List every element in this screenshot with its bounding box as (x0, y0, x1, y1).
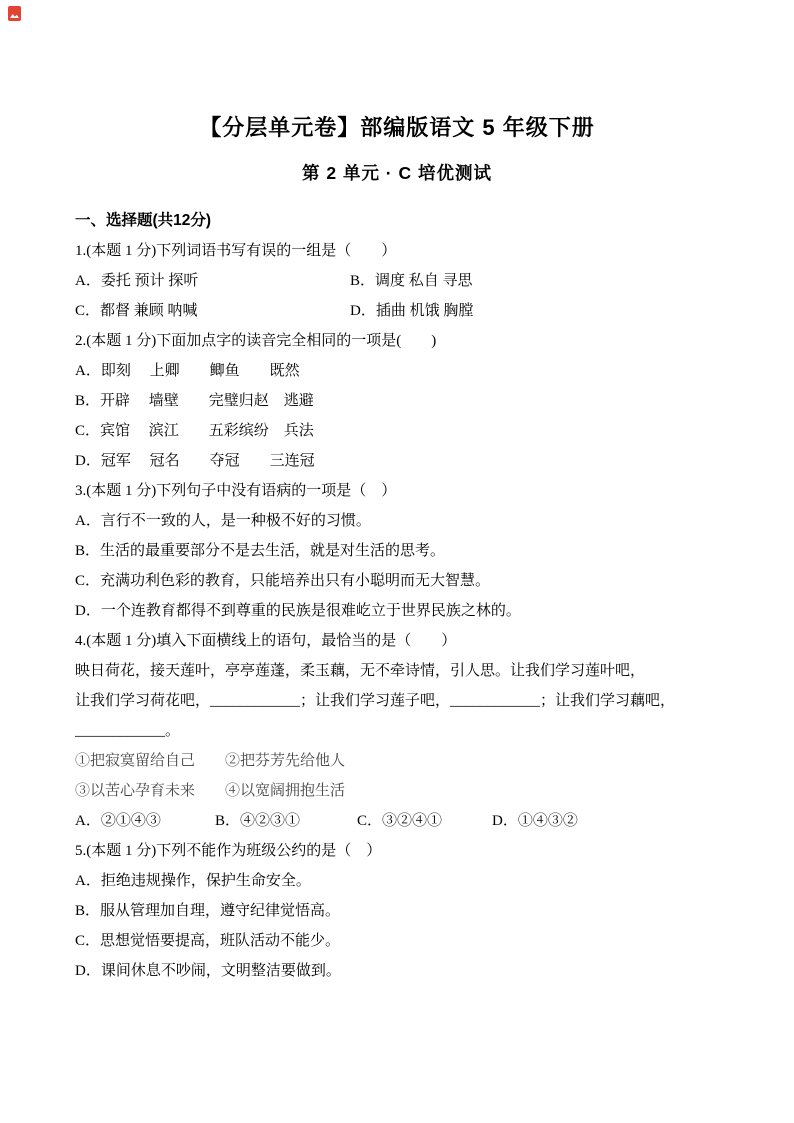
option-c: C．都督 兼顾 呐喊 (75, 296, 350, 326)
numbered-item-line: ①把寂寞留给自己 ②把芬芳先给他人 (75, 746, 724, 776)
exam-body: 一、选择题(共12分) 1.(本题 1 分)下列词语书写有误的一组是（ ） A．… (0, 206, 794, 986)
option-a: A．拒绝违规操作，保护生命安全。 (75, 866, 724, 896)
exam-title: 【分层单元卷】部编版语文 5 年级下册 (0, 112, 794, 144)
option-a: A．即刻 上卿 鲫鱼 既然 (75, 356, 724, 386)
numbered-item-line: ③以苦心孕育未来 ④以宽阔拥抱生活 (75, 776, 724, 806)
option-c: C．宾馆 滨江 五彩缤纷 兵法 (75, 416, 724, 446)
question-5-stem: 5.(本题 1 分)下列不能作为班级公约的是（ ） (75, 836, 724, 866)
question-4-choice-row: A．②①④③ B．④②③① C．③②④① D．①④③② (75, 806, 724, 836)
exam-document-page: 【分层单元卷】部编版语文 5 年级下册 第 2 单元 · C 培优测试 一、选择… (0, 0, 794, 1123)
option-b: B．调度 私自 寻思 (350, 266, 473, 296)
question-2-stem: 2.(本题 1 分)下面加点字的读音完全相同的一项是( ) (75, 326, 724, 356)
option-a: A．委托 预计 探听 (75, 266, 350, 296)
option-d: D．课间休息不吵闹，文明整洁要做到。 (75, 956, 724, 986)
option-a: A．言行不一致的人，是一种极不好的习惯。 (75, 506, 724, 536)
option-c: C．充满功利色彩的教育，只能培养出只有小聪明而无大智慧。 (75, 566, 724, 596)
question-1-option-row: A．委托 预计 探听 B．调度 私自 寻思 (75, 266, 724, 296)
fill-blank-paragraph-line: 让我们学习荷花吧，____________；让我们学习莲子吧，_________… (75, 686, 724, 716)
choice-a: A．②①④③ (75, 806, 215, 836)
option-d: D．冠军 冠名 夺冠 三连冠 (75, 446, 724, 476)
broken-image-icon (8, 6, 21, 21)
choice-d: D．①④③② (492, 806, 578, 836)
fill-blank-paragraph-line: 映日荷花，接天莲叶，亭亭莲蓬，柔玉藕，无不牵诗情，引人思。让我们学习莲叶吧，__… (75, 656, 724, 686)
section-heading: 一、选择题(共12分) (75, 206, 724, 236)
option-b: B．服从管理加自理，遵守纪律觉悟高。 (75, 896, 724, 926)
option-b: B．生活的最重要部分不是去生活，就是对生活的思考。 (75, 536, 724, 566)
option-d: D．插曲 机饿 胸膛 (350, 296, 473, 326)
question-1-stem: 1.(本题 1 分)下列词语书写有误的一组是（ ） (75, 236, 724, 266)
fill-blank-paragraph-line: ____________。 (75, 716, 724, 746)
choice-c: C．③②④① (357, 806, 492, 836)
option-b: B．开辟 墙壁 完璧归赵 逃避 (75, 386, 724, 416)
question-1-option-row: C．都督 兼顾 呐喊 D．插曲 机饿 胸膛 (75, 296, 724, 326)
choice-b: B．④②③① (215, 806, 357, 836)
option-d: D．一个连教育都得不到尊重的民族是很难屹立于世界民族之林的。 (75, 596, 724, 626)
exam-subtitle: 第 2 单元 · C 培优测试 (0, 160, 794, 186)
question-3-stem: 3.(本题 1 分)下列句子中没有语病的一项是（ ） (75, 476, 724, 506)
question-4-stem: 4.(本题 1 分)填入下面横线上的语句，最恰当的是（ ） (75, 626, 724, 656)
option-c: C．思想觉悟要提高，班队活动不能少。 (75, 926, 724, 956)
